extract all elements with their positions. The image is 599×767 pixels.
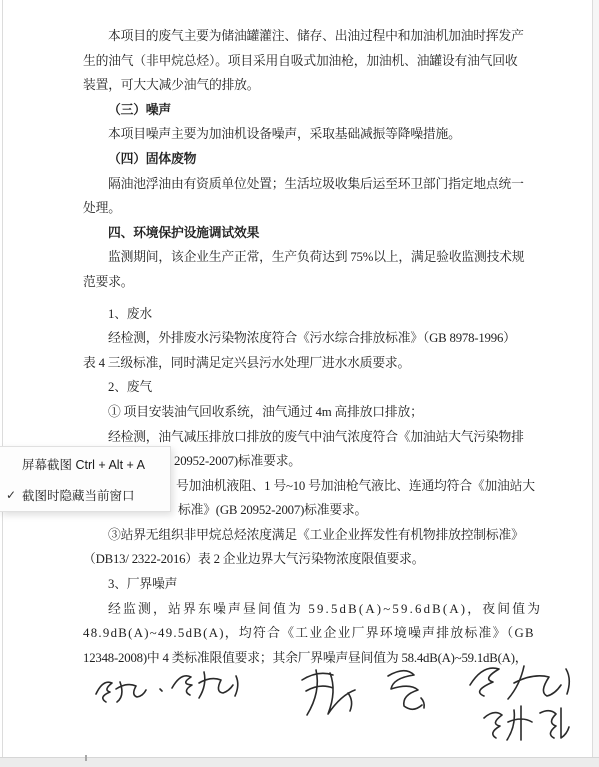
- signature-3: [302, 670, 355, 715]
- document-subheading-boundary-noise: 3、厂界噪声: [83, 572, 521, 597]
- handwritten-signatures: [80, 658, 585, 758]
- signature-6: [484, 706, 569, 740]
- signature-2: [172, 672, 238, 698]
- checkmark-icon: ✓: [0, 488, 22, 502]
- signature-1: [96, 682, 162, 702]
- signature-4: [388, 671, 424, 710]
- document-line: 本项目的废气主要为储油罐灌注、储存、出油过程中和加油机加油时挥发产: [83, 24, 521, 49]
- document-line: 表 4 三级标准，同时满足定兴县污水处理厂进水水质要求。: [83, 351, 521, 376]
- menu-item-label: 截图时隐藏当前窗口: [22, 486, 135, 504]
- screenshot-context-menu: 屏幕截图 Ctrl + Alt + A ✓ 截图时隐藏当前窗口: [0, 446, 171, 512]
- document-heading-noise: （三）噪声: [83, 98, 521, 123]
- document-line: 装置，可大大减少油气的排放。: [83, 73, 521, 98]
- page-screenshot: 本项目的废气主要为储油罐灌注、储存、出油过程中和加油机加油时挥发产 生的油气（非…: [0, 0, 599, 767]
- signature-separator-dot: [160, 689, 162, 691]
- menu-item-label: 屏幕截图 Ctrl + Alt + A: [22, 455, 145, 473]
- document-heading-solid-waste: （四）固体废物: [83, 147, 521, 172]
- menu-item-hide-window[interactable]: ✓ 截图时隐藏当前窗口: [0, 479, 170, 510]
- signature-5: [470, 666, 569, 699]
- document-line: 范要求。: [83, 270, 521, 295]
- page-bottom-band: [0, 757, 599, 767]
- page-right-gutter: [593, 0, 599, 757]
- document-subheading-wastewater: 1、废水: [83, 302, 521, 327]
- document-line: 处理。: [83, 196, 521, 221]
- document-line: ③站界无组织非甲烷总烃浓度满足《工业企业挥发性有机物排放控制标准》: [83, 523, 521, 548]
- document-line: 经监测，站界东噪声昼间值为 59.5dB(A)~59.6dB(A)，夜间值为: [83, 597, 521, 622]
- document-line: 监测期间，该企业生产正常，生产负荷达到 75%以上，满足验收监测技术规: [83, 245, 521, 270]
- document-line: 本项目噪声主要为加油机设备噪声，采取基础减振等降噪措施。: [83, 122, 521, 147]
- document-line: 隔油池浮油由有资质单位处置；生活垃圾收集后运至环卫部门指定地点统一: [83, 172, 521, 197]
- document-line: 48.9dB(A)~49.5dB(A)，均符合《工业企业厂界环境噪声排放标准》（…: [83, 621, 521, 646]
- document-line: 生的油气（非甲烷总烃）。项目采用自吸式加油枪，加油机、油罐设有油气回收: [83, 49, 521, 74]
- document-line: （DB13/ 2322-2016）表 2 企业边界大气污染物浓度限值要求。: [83, 547, 521, 572]
- document-heading-section4: 四、环境保护设施调试效果: [83, 221, 521, 246]
- page-left-edge: [2, 0, 3, 757]
- document-subheading-exhaust: 2、废气: [83, 375, 521, 400]
- document-body: 本项目的废气主要为储油罐灌注、储存、出油过程中和加油机加油时挥发产 生的油气（非…: [83, 24, 521, 670]
- menu-item-screenshot[interactable]: 屏幕截图 Ctrl + Alt + A: [0, 448, 170, 479]
- document-line: ① 项目安装油气回收系统，油气通过 4m 高排放口排放；: [83, 400, 521, 425]
- document-line: 经检测，外排废水污染物浓度符合《污水综合排放标准》（GB 8978-1996）: [83, 326, 521, 351]
